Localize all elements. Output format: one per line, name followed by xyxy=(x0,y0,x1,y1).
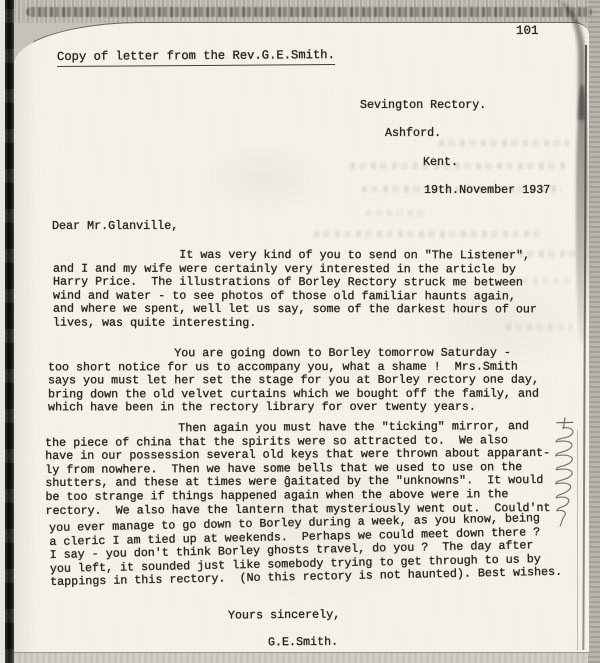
letter-paragraph-3: Then again you must have the "ticking" m… xyxy=(45,420,551,518)
letterhead-address-line1: Sevington Rectory. xyxy=(360,99,486,113)
binding-edge-bar xyxy=(5,0,14,663)
bleed-through-smudge xyxy=(439,140,569,147)
letter-paragraph-2: You are going down to Borley tomorrow Sa… xyxy=(48,347,539,416)
valediction: Yours sincerely, xyxy=(228,609,340,624)
margin-pencil-squiggle xyxy=(536,413,588,533)
page-number: 101 xyxy=(516,25,539,39)
letter-paragraph-1: It was very kind of you to send on "The … xyxy=(53,249,537,331)
letterhead-date: 19th.November 1937 xyxy=(424,184,550,198)
scan-top-shadow-streak xyxy=(26,7,592,17)
salutation: Dear Mr.Glanville, xyxy=(52,220,178,234)
signature: G.E.Smith. xyxy=(268,636,338,650)
bleed-through-smudge xyxy=(366,210,424,217)
bleed-through-smudge xyxy=(314,231,539,238)
scanned-letter-page: 101 Copy of letter from the Rev.G.E.Smit… xyxy=(0,0,600,663)
letterhead-address-line2: Ashford. xyxy=(385,127,441,141)
scan-right-edge xyxy=(588,0,600,663)
letter-heading: Copy of letter from the Rev.G.E.Smith. xyxy=(57,49,335,67)
letterhead-address-line3: Kent. xyxy=(423,156,458,170)
page-curl-shadow-mid xyxy=(576,85,588,345)
letter-paragraph-3-continued: you ever manage to go down to Borley dur… xyxy=(49,512,562,590)
